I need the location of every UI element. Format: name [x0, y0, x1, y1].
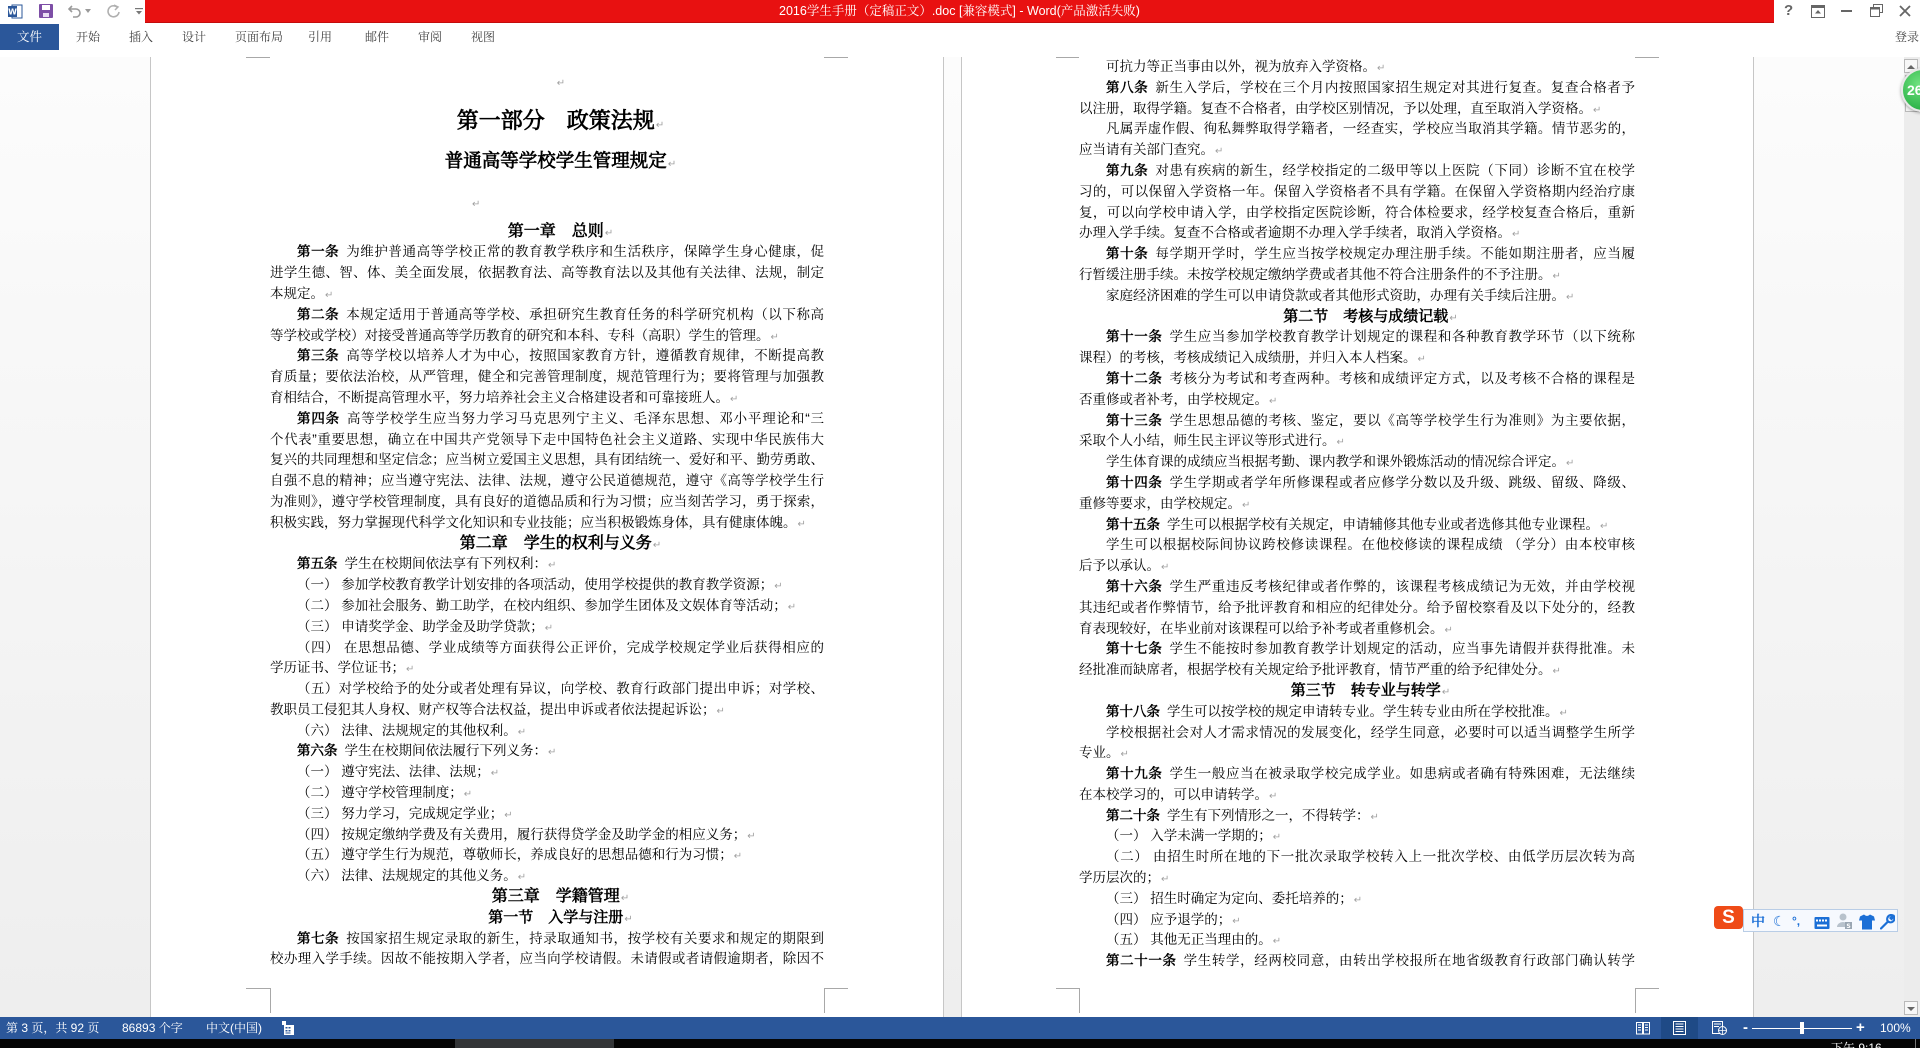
crop-mark: [1635, 988, 1636, 1013]
paragraph-mark-icon: ↵: [653, 540, 661, 551]
crop-mark: [1635, 57, 1659, 58]
arrow-down-icon: [1905, 1003, 1917, 1015]
text-line: 专业。↵: [1079, 743, 1635, 764]
item-paragraph[interactable]: （五） 遵守学生行为规范，尊敬师长，养成良好的思想品德和行为习惯；↵: [270, 845, 824, 866]
text-line: 应当请有关部门查究。↵: [1079, 140, 1635, 161]
section-paragraph[interactable]: 第三节 转专业与转学↵: [1079, 681, 1635, 702]
text-line: 第二十条学生有下列情形之一，不得转学：↵: [1079, 806, 1635, 827]
line-text: 育表现较好，在毕业前对该课程可以给予补考或者重修机会。: [1079, 621, 1444, 636]
line-text: （五） 遵守学生行为规范，尊敬师长，养成良好的思想品德和行为习惯；: [297, 847, 733, 862]
line-text: 自强不息的精神；应当遵守宪法、法律、法规，遵守公民道德规范，遵守《高等学校学生行: [270, 473, 824, 488]
article-label: 第十八条: [1106, 704, 1160, 719]
svg-text:S: S: [1846, 923, 1850, 930]
line-text: 否重修或者补考，由学校规定。: [1079, 392, 1268, 407]
line-text: （二） 由招生时所在地的下一批次录取学校转入上一批次学校、由低学历层次转为高: [1106, 849, 1635, 864]
paragraph-mark-icon: ↵: [788, 602, 796, 613]
line-text: （三） 招生时确定为定向、委托培养的；: [1106, 891, 1353, 906]
item-paragraph[interactable]: （六） 法律、法规规定的其他义务。↵: [270, 866, 824, 887]
text-line: 为准则》，遵守学校管理制度，具有良好的道德品质和行为习惯；应当刻苦学习，勇于探索…: [270, 492, 824, 513]
article-paragraph[interactable]: 第一条为维护普通高等学校正常的教育教学秩序和生活秩序，保障学生身心健康，促进学生…: [270, 242, 824, 304]
line-text: 个代表”重要思想，确立在中国共产党领导下走中国特色社会主义道路、实现中华民族伟大: [270, 432, 824, 447]
line-text: （四） 按规定缴纳学费及有关费用，履行获得贷学金及助学金的相应义务；: [297, 827, 746, 842]
ime-toolbar: 中 ☾ °, S: [1743, 909, 1898, 932]
article-label: 第一条: [297, 244, 339, 259]
article-paragraph[interactable]: 第十六条学生严重违反考核纪律或者作弊的，该课程考核成绩记为无效，并由学校视其违纪…: [1079, 577, 1635, 639]
line-text: 校办理入学手续。因故不能按期入学者，应当向学校请假。未请假或者请假逾期者，除因不: [270, 951, 824, 966]
item-paragraph[interactable]: （一） 遵守宪法、法律、法规；↵: [270, 762, 824, 783]
line-text: 后予以承认。: [1079, 558, 1160, 573]
paragraph-mark-icon: ↵: [548, 747, 556, 758]
line-text: 学生体育课的成绩应当根据考勤、课内教学和课外锻炼活动的情况综合评定。: [1106, 454, 1565, 469]
item-paragraph[interactable]: （四） 在思想品德、学业成绩等方面获得公正评价，完成学校规定学业后获得相应的学历…: [270, 638, 824, 680]
line-text: 为维护普通高等学校正常的教育教学秩序和生活秩序，保障学生身心健康，促: [346, 244, 824, 259]
close-icon[interactable]: [1899, 5, 1911, 17]
title-bar: W 2016学生手册（定稿正文）.doc [兼容模式] - Word(产品激活失…: [0, 0, 1920, 24]
blank-top-paragraph[interactable]: ↵: [270, 72, 824, 93]
item-paragraph[interactable]: （二） 参加社会服务、勤工助学，在校内组织、参加学生团体及文娱体育等活动；↵: [270, 596, 824, 617]
article-label: 第十二条: [1106, 371, 1163, 386]
article-paragraph[interactable]: 第十条每学期开学时，学生应当按学校规定办理注册手续。不能如期注册者，应当履行暂缓…: [1079, 244, 1635, 286]
text-line: 第二十一条学生转学，经两校同意，由转出学校报所在地省级教育行政部门确认转学: [1079, 951, 1635, 972]
text-line: 第十三条学生思想品德的考核、鉴定，要以《高等学校学生行为准则》为主要依据，: [1079, 411, 1635, 432]
line-text: 第一部分 政策法规: [457, 108, 655, 133]
paragraph-mark-icon: ↵: [1269, 791, 1277, 802]
item-paragraph[interactable]: （五） 其他无正当理由的。↵: [1079, 930, 1635, 951]
article-paragraph[interactable]: 第四条高等学校学生应当努力学习马克思列宁主义、毛泽东思想、邓小平理论和“三个代表…: [270, 409, 824, 534]
text-line: 复兴的共同理想和坚定信念；应当树立爱国主义思想，具有团结统一、爱好和平、勤劳勇敢…: [270, 450, 824, 471]
item-paragraph[interactable]: （四） 按规定缴纳学费及有关费用，履行获得贷学金及助学金的相应义务；↵: [270, 825, 824, 846]
paragraph-mark-icon: ↵: [668, 159, 676, 170]
paragraph-mark-icon: ↵: [747, 831, 755, 842]
crop-mark: [824, 988, 848, 989]
article-label: 第十七条: [1106, 641, 1163, 656]
paragraph-mark-icon: ↵: [1232, 916, 1240, 927]
crop-mark: [1056, 57, 1079, 58]
paragraph-mark-icon: ↵: [545, 623, 553, 634]
text-line: 行暂缓注册手续。未按学校规定缴纳学费或者其他不符合注册条件的不予注册。↵: [1079, 265, 1635, 286]
paragraph-mark-icon: ↵: [1553, 271, 1561, 282]
text-line: （二） 由招生时所在地的下一批次录取学校转入上一批次学校、由低学历层次转为高: [1079, 847, 1635, 868]
text-line: 积极实践，努力掌握现代科学文化知识和专业技能；应当积极锻炼身体，具有健康体魄。↵: [270, 513, 824, 534]
section-paragraph[interactable]: 第一节 入学与注册↵: [270, 908, 824, 929]
paragraph-mark-icon: ↵: [1273, 832, 1281, 843]
paragraph-mark-icon: ↵: [1215, 146, 1223, 157]
line-text: 每学期开学时，学生应当按学校规定办理注册手续。不能如期注册者，应当履: [1155, 246, 1635, 261]
tab-view[interactable]: 视图: [471, 24, 495, 50]
article-paragraph[interactable]: 第八条新生入学后，学校在三个月内按照国家招生规定对其进行复查。复查合格者予以注册…: [1079, 78, 1635, 120]
paragraph-mark-icon: ↵: [1512, 229, 1520, 240]
line-text: 为准则》，遵守学校管理制度，具有良好的道德品质和行为习惯；应当刻苦学习，勇于探索…: [270, 494, 824, 509]
section-paragraph[interactable]: 第二节 考核与成绩记载↵: [1079, 307, 1635, 328]
chevron-down-icon[interactable]: [85, 9, 91, 13]
line-text: 行暂缓注册手续。未按学校规定缴纳学费或者其他不符合注册条件的不予注册。: [1079, 267, 1552, 282]
line-text: 学生可以根据校际间协议跨校修读课程。在他校修读的课程成绩 （学分）由本校审核: [1106, 537, 1635, 552]
article-label: 第八条: [1106, 80, 1148, 95]
settings-wrench-icon[interactable]: [1880, 913, 1895, 931]
keyboard-icon[interactable]: [1814, 914, 1830, 932]
undo-icon[interactable]: [68, 4, 82, 18]
customize-quick-access-icon[interactable]: [135, 6, 143, 16]
text-line: 第六条学生在校期间依法履行下列义务：↵: [270, 741, 824, 762]
article-paragraph[interactable]: 第十九条学生一般应当在被录取学校完成学业。如患病或者确有特殊困难，无法继续在本校…: [1079, 764, 1635, 806]
word-count[interactable]: 86893 个字: [122, 1017, 183, 1039]
text-line: （五） 其他无正当理由的。↵: [1079, 930, 1635, 951]
crop-mark: [1635, 988, 1659, 989]
crop-mark: [824, 988, 825, 1013]
ribbon-display-options-icon[interactable]: [1811, 5, 1825, 18]
item-paragraph[interactable]: （一） 入学未满一学期的；↵: [1079, 826, 1635, 847]
text-line: 在本校学习的，可以申请转学。↵: [1079, 785, 1635, 806]
line-text: 办理入学手续。复查不合格或者逾期不办理入学手续者，取消入学资格。: [1079, 225, 1511, 240]
line-text: （五）对学校给予的处分或者处理有异议，向学校、教育行政部门提出申诉；对学校、: [297, 681, 824, 696]
text-line: 复，可以向学校申请入学，由学校指定医院诊断，符合体检要求，经学校复查合格后，重新: [1079, 203, 1635, 224]
line-text: 采取个人小结，师生民主评议等形式进行。: [1079, 433, 1336, 448]
title1-paragraph[interactable]: 第一部分 政策法规↵: [270, 103, 824, 139]
cont-paragraph[interactable]: 可抗力等正当事由以外，视为放弃入学资格。↵: [1079, 57, 1635, 78]
line-text: 新生入学后，学校在三个月内按照国家招生规定对其进行复查。复查合格者予: [1155, 80, 1635, 95]
text-line: 普通高等学校学生管理规定↵: [270, 147, 824, 177]
item-paragraph[interactable]: （五）对学校给予的处分或者处理有异议，向学校、教育行政部门提出申诉；对学校、教职…: [270, 679, 824, 721]
paragraph-mark-icon: ↵: [1445, 625, 1453, 636]
article-paragraph[interactable]: 第十三条学生思想品德的考核、鉴定，要以《高等学校学生行为准则》为主要依据，采取个…: [1079, 411, 1635, 453]
ime-punctuation-mode[interactable]: °,: [1792, 912, 1800, 930]
paragraph-mark-icon: ↵: [1242, 500, 1250, 511]
word-app-icon[interactable]: W: [8, 4, 23, 19]
minimize-icon[interactable]: [1841, 10, 1852, 13]
text-line: 第十八条学生可以按学校的规定申请转专业。学生转专业由所在学校批准。↵: [1079, 702, 1635, 723]
item-paragraph[interactable]: （一） 参加学校教育教学计划安排的各项活动，使用学校提供的教育教学资源；↵: [270, 575, 824, 596]
crop-mark: [246, 57, 270, 58]
language-indicator[interactable]: 中文(中国): [206, 1017, 262, 1039]
text-line: 校办理入学手续。因故不能按期入学者，应当向学校请假。未请假或者请假逾期者，除因不: [270, 949, 824, 970]
item-paragraph[interactable]: （二） 由招生时所在地的下一批次录取学校转入上一批次学校、由低学历层次转为高学历…: [1079, 847, 1635, 889]
ribbon-tab-bar: 文件 开始 插入 设计 页面布局 引用 邮件 审阅 视图 登录: [0, 24, 1920, 57]
text-line: 个代表”重要思想，确立在中国共产党领导下走中国特色社会主义道路、实现中华民族伟大: [270, 430, 824, 451]
article-paragraph[interactable]: 第十五条学生可以根据学校有关规定，申请辅修其他专业或者选修其他专业课程。↵: [1079, 515, 1635, 536]
line-text: 可抗力等正当事由以外，视为放弃入学资格。: [1106, 59, 1376, 74]
article-paragraph[interactable]: 第二条本规定适用于普通高等学校、承担研究生教育任务的科学研究机构（以下称高等学校…: [270, 305, 824, 347]
document-canvas: ↵第一部分 政策法规↵普通高等学校学生管理规定↵↵第一章 总则↵第一条为维护普通…: [0, 57, 1920, 1017]
title-bar-background: 2016学生手册（定稿正文）.doc [兼容模式] - Word(产品激活失败): [145, 0, 1774, 23]
paragraph-mark-icon: ↵: [557, 78, 565, 89]
paragraph-mark-icon: ↵: [1566, 292, 1574, 303]
text-line: 第二条本规定适用于普通高等学校、承担研究生教育任务的科学研究机构（以下称高: [270, 305, 824, 326]
tab-design[interactable]: 设计: [182, 24, 206, 50]
item-paragraph[interactable]: （二） 遵守学校管理制度；↵: [270, 783, 824, 804]
text-line: 第一条为维护普通高等学校正常的教育教学秩序和生活秩序，保障学生身心健康，促: [270, 242, 824, 263]
paragraph-mark-icon: ↵: [504, 810, 512, 821]
line-text: 应当请有关部门查究。: [1079, 142, 1214, 157]
text-line: 第五条学生在校期间依法享有下列权利：↵: [270, 554, 824, 575]
paragraph-mark-icon: ↵: [1337, 437, 1345, 448]
page-right[interactable]: 可抗力等正当事由以外，视为放弃入学资格。↵第八条新生入学后，学校在三个月内按照国…: [961, 57, 1754, 1017]
scroll-down-button[interactable]: [1904, 1001, 1918, 1015]
text-line: 第十二条考核分为考试和考查两种。考核和成绩评定方式，以及考核不合格的课程是: [1079, 369, 1635, 390]
text-line: （四） 应予退学的；↵: [1079, 910, 1635, 931]
para-paragraph[interactable]: 学校根据社会对人才需求情况的发展变化，经学生同意，必要时可以适当调整学生所学专业…: [1079, 723, 1635, 765]
item-paragraph[interactable]: （三） 申请奖学金、助学金及助学贷款；↵: [270, 617, 824, 638]
text-line: 第三条高等学校以培养人才为中心，按照国家教育方针，遵循教育规律，不断提高教: [270, 346, 824, 367]
page-indicator[interactable]: 第 3 页，共 92 页: [6, 1017, 99, 1039]
tab-references[interactable]: 引用: [308, 24, 332, 50]
line-text: 本规定。: [270, 286, 324, 301]
article-paragraph[interactable]: 第二十条学生有下列情形之一，不得转学：↵: [1079, 806, 1635, 827]
line-text: 学生在校期间依法享有下列权利：: [345, 556, 548, 571]
chapter-paragraph[interactable]: 第二章 学生的权利与义务↵: [270, 534, 824, 555]
article-paragraph[interactable]: 第十七条学生不能按时参加教育教学计划规定的活动，应当事先请假并获得批准。未经批准…: [1079, 639, 1635, 681]
text-line: 育表现较好，在毕业前对该课程可以给予补考或者重修机会。↵: [1079, 619, 1635, 640]
para-paragraph[interactable]: 家庭经济困难的学生可以申请贷款或者其他形式资助，办理有关手续后注册。↵: [1079, 286, 1635, 307]
line-text: 第一节 入学与注册: [488, 909, 623, 926]
chapter-paragraph[interactable]: 第一章 总则↵: [270, 222, 824, 243]
ime-logo-icon[interactable]: S: [1714, 906, 1743, 929]
show-desktop-divider[interactable]: [1915, 1039, 1916, 1048]
text-line: 教职员工侵犯其人身权、财产权等合法权益，提出申诉或者依法提起诉讼；↵: [270, 700, 824, 721]
line-text: 按国家招生规定录取的新生，持录取通知书，按学校有关要求和规定的期限到: [346, 931, 824, 946]
article-paragraph[interactable]: 第十八条学生可以按学校的规定申请转专业。学生转专业由所在学校批准。↵: [1079, 702, 1635, 723]
line-text: 重修等要求，由学校规定。: [1079, 496, 1241, 511]
title2-paragraph[interactable]: 普通高等学校学生管理规定↵: [270, 147, 824, 177]
taskbar-app-button[interactable]: [455, 1039, 614, 1048]
paragraph-mark-icon: ↵: [1442, 687, 1450, 698]
line-text: 学生转学，经两校同意，由转出学校报所在地省级教育行政部门确认转学: [1184, 953, 1635, 968]
text-line: 否重修或者补考，由学校规定。↵: [1079, 390, 1635, 411]
text-line: （六） 法律、法规规定的其他义务。↵: [270, 866, 824, 887]
line-text: 习的，可以保留入学资格一年。保留入学资格者不具有学籍。在保留入学资格期内经治疗康: [1079, 184, 1635, 199]
tab-insert[interactable]: 插入: [129, 24, 153, 50]
paragraph-mark-icon: ↵: [1600, 521, 1608, 532]
zoom-in-button[interactable]: +: [1856, 1017, 1865, 1038]
read-mode-icon: [1636, 1021, 1650, 1035]
tab-home[interactable]: 开始: [76, 24, 100, 50]
item-paragraph[interactable]: （三） 招生时确定为定向、委托培养的；↵: [1079, 889, 1635, 910]
line-text: 在本校学习的，可以申请转学。: [1079, 787, 1268, 802]
article-paragraph[interactable]: 第七条按国家招生规定录取的新生，持录取通知书，按学校有关要求和规定的期限到校办理…: [270, 929, 824, 971]
os-taskbar: 下午 9:16: [0, 1039, 1920, 1048]
paragraph-mark-icon: ↵: [1273, 936, 1281, 947]
ime-language-mode[interactable]: 中: [1751, 912, 1765, 930]
crop-mark: [246, 988, 270, 989]
article-label: 第九条: [1106, 163, 1148, 178]
text-line: 学生体育课的成绩应当根据考勤、课内教学和课外锻炼活动的情况综合评定。↵: [1079, 452, 1635, 473]
window-title: 2016学生手册（定稿正文）.doc [兼容模式] - Word(产品激活失败): [145, 0, 1774, 22]
blank-mid-paragraph[interactable]: ↵: [270, 193, 824, 214]
line-text: （五） 其他无正当理由的。: [1106, 932, 1272, 947]
text-line: 第三节 转专业与转学↵: [1079, 681, 1635, 702]
line-text: 本规定适用于普通高等学校、承担研究生教育任务的科学研究机构（以下称高: [346, 307, 824, 322]
line-text: 专业。: [1079, 745, 1120, 760]
line-text: 学生可以按学校的规定申请转专业。学生转专业由所在学校批准。: [1167, 704, 1559, 719]
paragraph-mark-icon: ↵: [1161, 874, 1169, 885]
paragraph-mark-icon: ↵: [1161, 562, 1169, 573]
tab-review[interactable]: 审阅: [418, 24, 442, 50]
article-paragraph[interactable]: 第六条学生在校期间依法履行下列义务：↵: [270, 741, 824, 762]
article-paragraph[interactable]: 第十四条学生学期或者学年所修课程或者应修学分数以及升级、跳级、留级、降级、重修等…: [1079, 473, 1635, 515]
text-line: （三） 努力学习，完成规定学业；↵: [270, 804, 824, 825]
text-line: 家庭经济困难的学生可以申请贷款或者其他形式资助，办理有关手续后注册。↵: [1079, 286, 1635, 307]
article-label: 第三条: [297, 348, 339, 363]
text-line: 第三章 学籍管理↵: [270, 887, 824, 908]
paragraph-mark-icon: ↵: [1371, 812, 1379, 823]
line-text: （二） 遵守学校管理制度；: [297, 785, 463, 800]
paragraph-mark-icon: ↵: [464, 789, 472, 800]
line-text: 第三章 学籍管理: [492, 888, 620, 905]
article-paragraph[interactable]: 第五条学生在校期间依法享有下列权利：↵: [270, 554, 824, 575]
item-paragraph[interactable]: （三） 努力学习，完成规定学业；↵: [270, 804, 824, 825]
paragraph-mark-icon: ↵: [734, 851, 742, 862]
text-line: （六） 法律、法规规定的其他权利。↵: [270, 721, 824, 742]
line-text: 学生学期或者学年所修课程或者应修学分数以及升级、跳级、留级、降级、: [1170, 475, 1636, 490]
text-line: （一） 遵守宪法、法律、法规；↵: [270, 762, 824, 783]
para-paragraph[interactable]: 学生体育课的成绩应当根据考勤、课内教学和课外锻炼活动的情况综合评定。↵: [1079, 452, 1635, 473]
text-line: 第九条对患有疾病的新生，经学校指定的二级甲等以上医院（下同）诊断不宜在校学: [1079, 161, 1635, 182]
line-text: 第二节 考核与成绩记载: [1283, 308, 1448, 325]
paragraph-mark-icon: ↵: [491, 768, 499, 779]
macro-recording-icon[interactable]: [282, 1021, 294, 1035]
page-text-area[interactable]: 可抗力等正当事由以外，视为放弃入学资格。↵第八条新生入学后，学校在三个月内按照国…: [1079, 57, 1635, 972]
paragraph-mark-icon: ↵: [518, 872, 526, 883]
crop-mark: [1056, 988, 1079, 989]
ime-width-mode-icon[interactable]: ☾: [1773, 912, 1786, 930]
text-line: 凡属弄虚作假、徇私舞弊取得学籍者，一经查实，学校应当取消其学籍。情节恶劣的，: [1079, 119, 1635, 140]
article-label: 第十六条: [1106, 579, 1163, 594]
paragraph-mark-icon: ↵: [730, 394, 738, 405]
account-icon[interactable]: S: [1837, 912, 1852, 930]
text-line: ↵: [270, 193, 824, 214]
text-line: 第十条每学期开学时，学生应当按学校规定办理注册手续。不能如期注册者，应当履: [1079, 244, 1635, 265]
tab-file[interactable]: 文件: [0, 24, 59, 50]
article-label: 第十一条: [1106, 329, 1163, 344]
item-paragraph[interactable]: （四） 应予退学的；↵: [1079, 910, 1635, 931]
text-line: 办理入学手续。复查不合格或者逾期不办理入学手续者，取消入学资格。↵: [1079, 223, 1635, 244]
text-line: 育质量；要依法治校，从严管理，健全和完善管理制度，规范管理行为；要将管理与加强教: [270, 367, 824, 388]
text-line: 第十五条学生可以根据学校有关规定，申请辅修其他专业或者选修其他专业课程。↵: [1079, 515, 1635, 536]
line-text: 课程）的考核，考核成绩记入成绩册，并归入本人档案。: [1079, 350, 1417, 365]
line-text: （一） 遵守宪法、法律、法规；: [297, 764, 490, 779]
line-text: 考核分为考试和考查两种。考核和成绩评定方式，以及考核不合格的课程是: [1170, 371, 1636, 386]
text-line: 以注册，取得学籍。复查不合格者，由学校区别情况，予以处理，直至取消入学资格。↵: [1079, 99, 1635, 120]
paragraph-mark-icon: ↵: [624, 914, 632, 925]
tab-page-layout[interactable]: 页面布局: [235, 24, 283, 50]
read-mode-button[interactable]: [1630, 1017, 1656, 1039]
text-line: 学生可以根据校际间协议跨校修读课程。在他校修读的课程成绩 （学分）由本校审核: [1079, 535, 1635, 556]
paragraph-mark-icon: ↵: [656, 120, 664, 131]
text-line: 学历层次的；↵: [1079, 868, 1635, 889]
crop-mark: [1079, 988, 1080, 1013]
article-label: 第六条: [297, 743, 338, 758]
web-layout-button[interactable]: [1706, 1017, 1732, 1039]
redo-icon[interactable]: [107, 4, 121, 18]
paragraph-mark-icon: ↵: [798, 519, 806, 530]
page-left[interactable]: ↵第一部分 政策法规↵普通高等学校学生管理规定↵↵第一章 总则↵第一条为维护普通…: [150, 57, 944, 1017]
page-text-area[interactable]: ↵第一部分 政策法规↵普通高等学校学生管理规定↵↵第一章 总则↵第一条为维护普通…: [270, 57, 824, 970]
line-text: 教职员工侵犯其人身权、财产权等合法权益，提出申诉或者依法提起诉讼；: [270, 702, 716, 717]
article-label: 第十五条: [1106, 517, 1160, 532]
text-line: （一） 参加学校教育教学计划安排的各项活动，使用学校提供的教育教学资源；↵: [270, 575, 824, 596]
text-line: 第二章 学生的权利与义务↵: [270, 534, 824, 555]
text-line: （四） 按规定缴纳学费及有关费用，履行获得贷学金及助学金的相应义务；↵: [270, 825, 824, 846]
line-text: 复兴的共同理想和坚定信念；应当树立爱国主义思想，具有团结统一、爱好和平、勤劳勇敢…: [270, 452, 824, 467]
text-line: （三） 申请奖学金、助学金及助学贷款；↵: [270, 617, 824, 638]
paragraph-mark-icon: ↵: [1560, 708, 1568, 719]
paragraph-mark-icon: ↵: [771, 332, 779, 343]
text-line: 等学校或学校）对接受普通高等学历教育的研究和本科、专科（高职）学生的管理。↵: [270, 326, 824, 347]
zoom-slider-thumb[interactable]: [1800, 1022, 1804, 1034]
web-layout-icon: [1712, 1021, 1727, 1035]
text-line: 学历证书、学位证书；↵: [270, 658, 824, 679]
paragraph-mark-icon: ↵: [325, 290, 333, 301]
paragraph-mark-icon: ↵: [1354, 895, 1362, 906]
print-layout-icon: [1673, 1021, 1686, 1035]
print-layout-button[interactable]: [1661, 1017, 1698, 1039]
text-line: 第十六条学生严重违反考核纪律或者作弊的，该课程考核成绩记为无效，并由学校视: [1079, 577, 1635, 598]
svg-text:W: W: [8, 8, 17, 17]
paragraph-mark-icon: ↵: [717, 706, 725, 717]
text-line: 本规定。↵: [270, 284, 824, 305]
line-text: 进学生德、智、体、美全面发展，依据教育法、高等教育法以及其他有关法律、法规，制定: [270, 265, 824, 280]
line-text: （三） 申请奖学金、助学金及助学贷款；: [297, 619, 544, 634]
line-text: 学生不能按时参加教育教学计划规定的活动，应当事先请假并获得批准。未: [1170, 641, 1636, 656]
line-text: 高等学校以培养人才为中心，按照国家教育方针，遵循教育规律，不断提高教: [346, 348, 824, 363]
line-text: 其违纪或者作弊情节，给予批评教育和相应的纪律处分。给予留校察看及以下处分的，经教: [1079, 600, 1635, 615]
text-line: 第四条高等学校学生应当努力学习马克思列宁主义、毛泽东思想、邓小平理论和“三: [270, 409, 824, 430]
para-paragraph[interactable]: 学生可以根据校际间协议跨校修读课程。在他校修读的课程成绩 （学分）由本校审核后予…: [1079, 535, 1635, 577]
article-label: 第七条: [297, 931, 339, 946]
tab-mailings[interactable]: 邮件: [365, 24, 389, 50]
article-paragraph[interactable]: 第三条高等学校以培养人才为中心，按照国家教育方针，遵循教育规律，不断提高教育质量…: [270, 346, 824, 408]
paragraph-mark-icon: ↵: [605, 228, 613, 239]
paragraph-mark-icon: ↵: [1593, 105, 1601, 116]
line-text: 育相结合，不断提高管理水平，努力培养社会主义合格建设者和可靠接班人。: [270, 390, 729, 405]
article-paragraph[interactable]: 第九条对患有疾病的新生，经学校指定的二级甲等以上医院（下同）诊断不宜在校学习的，…: [1079, 161, 1635, 244]
text-line: （三） 招生时确定为定向、委托培养的；↵: [1079, 889, 1635, 910]
text-line: 第八条新生入学后，学校在三个月内按照国家招生规定对其进行复查。复查合格者予: [1079, 78, 1635, 99]
para-paragraph[interactable]: 凡属弄虚作假、徇私舞弊取得学籍者，一经查实，学校应当取消其学籍。情节恶劣的，应当…: [1079, 119, 1635, 161]
article-paragraph[interactable]: 第二十一条学生转学，经两校同意，由转出学校报所在地省级教育行政部门确认转学: [1079, 951, 1635, 972]
line-text: 学生严重违反考核纪律或者作弊的，该课程考核成绩记为无效，并由学校视: [1170, 579, 1636, 594]
line-text: 积极实践，努力掌握现代科学文化知识和专业技能；应当积极锻炼身体，具有健康体魄。: [270, 515, 797, 530]
article-paragraph[interactable]: 第十一条学生应当参加学校教育教学计划规定的课程和各种教育教学环节（以下统称课程）…: [1079, 327, 1635, 369]
text-line: 自强不息的精神；应当遵守宪法、法律、法规，遵守公民道德规范，遵守《高等学校学生行: [270, 471, 824, 492]
text-line: ↵: [270, 72, 824, 93]
taskbar-clock[interactable]: 下午 9:16: [1831, 1041, 1882, 1048]
save-icon[interactable]: [39, 4, 53, 18]
chapter-paragraph[interactable]: 第三章 学籍管理↵: [270, 887, 824, 908]
paragraph-mark-icon: ↵: [621, 893, 629, 904]
line-text: 学生在校期间依法履行下列义务：: [345, 743, 548, 758]
restore-icon[interactable]: [1870, 4, 1883, 17]
zoom-out-button[interactable]: -: [1743, 1017, 1748, 1038]
skin-icon[interactable]: [1859, 913, 1875, 931]
help-button[interactable]: ?: [1784, 1, 1793, 21]
text-line: 第一章 总则↵: [270, 222, 824, 243]
line-text: 学生思想品德的考核、鉴定，要以《高等学校学生行为准则》为主要依据，: [1170, 413, 1636, 428]
zoom-level[interactable]: 100%: [1880, 1017, 1911, 1039]
line-text: 育质量；要依法治校，从严管理，健全和完善管理制度，规范管理行为；要将管理与加强教: [270, 369, 824, 384]
text-line: （二） 参加社会服务、勤工助学，在校内组织、参加学生团体及文娱体育等活动；↵: [270, 596, 824, 617]
text-line: 第七条按国家招生规定录取的新生，持录取通知书，按学校有关要求和规定的期限到: [270, 929, 824, 950]
line-text: 学生应当参加学校教育教学计划规定的课程和各种教育教学环节（以下统称: [1170, 329, 1636, 344]
paragraph-mark-icon: ↵: [1449, 313, 1457, 324]
text-line: 经批准而缺席者，根据学校有关规定给予批评教育，情节严重的给予纪律处分。↵: [1079, 660, 1635, 681]
line-text: 学生一般应当在被录取学校完成学业。如患病或者确有特殊困难，无法继续: [1170, 766, 1636, 781]
text-line: 其违纪或者作弊情节，给予批评教育和相应的纪律处分。给予留校察看及以下处分的，经教: [1079, 598, 1635, 619]
text-line: 第二节 考核与成绩记载↵: [1079, 307, 1635, 328]
sign-in-link[interactable]: 登录: [1895, 27, 1919, 47]
item-paragraph[interactable]: （六） 法律、法规规定的其他权利。↵: [270, 721, 824, 742]
article-paragraph[interactable]: 第十二条考核分为考试和考查两种。考核和成绩评定方式，以及考核不合格的课程是否重修…: [1079, 369, 1635, 411]
vertical-scrollbar[interactable]: [1904, 57, 1920, 1017]
